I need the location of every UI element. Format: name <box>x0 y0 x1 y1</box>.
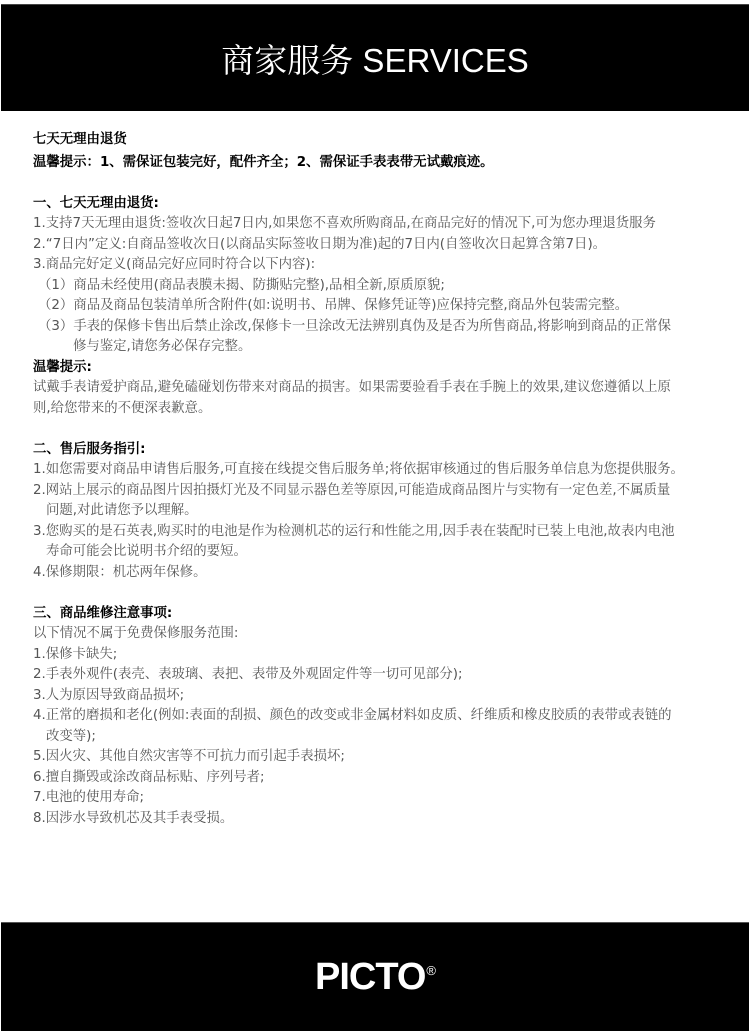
list-item: 1.如您需要对商品申请售后服务,可直接在线提交售后服务单;将依据审核通过的售后服… <box>33 460 723 481</box>
intro-tip: 温馨提示：1、需保证包装完好，配件齐全；2、需保证手表表带无试戴痕迹。 <box>33 153 723 174</box>
tip-text: 试戴手表请爱护商品,避免磕碰划伤带来对商品的损害。如果需要验看手表在手腕上的效果… <box>33 378 723 399</box>
sub-item: （1）商品未经使用(商品表膜未揭、防撕贴完整),品相全新,原质原貌; <box>33 276 723 297</box>
list-item: 2.网站上展示的商品图片因拍摄灯光及不同显示器色差等原因,可能造成商品图片与实物… <box>33 481 723 502</box>
list-item: 3.商品完好定义(商品完好应同时符合以下内容): <box>33 255 723 276</box>
list-item: 7.电池的使用寿命; <box>33 788 723 809</box>
list-item: 3.人为原因导致商品损坏; <box>33 686 723 707</box>
header-banner: 商家服务 SERVICES <box>1 4 749 111</box>
section-heading: 二、售后服务指引: <box>33 440 723 461</box>
sub-item-text: 手表的保修卡售出后禁止涂改,保修卡一旦涂改无法辨别真伪及是否为所售商品,将影响到… <box>73 319 671 334</box>
list-item-continuation: 寿命可能会比说明书介绍的要短。 <box>33 542 723 563</box>
registered-mark-icon: ® <box>426 963 435 978</box>
list-item: 4.正常的磨损和老化(例如:表面的刮损、颜色的改变或非金属材料如皮质、纤维质和橡… <box>33 706 723 727</box>
sub-item-number: （3） <box>38 319 73 334</box>
list-item-continuation: 问题,对此请您予以理解。 <box>33 501 723 522</box>
services-content: 七天无理由退货 温馨提示：1、需保证包装完好，配件齐全；2、需保证手表表带无试戴… <box>33 126 723 829</box>
section-heading: 三、商品维修注意事项: <box>33 604 723 625</box>
list-item: 2.“7日内”定义:自商品签收次日(以商品实际签收日期为准)起的7日内(自签收次… <box>33 235 723 256</box>
section-after-sales: 二、售后服务指引: 1.如您需要对商品申请售后服务,可直接在线提交售后服务单;将… <box>33 440 723 584</box>
sub-item-text: 商品及商品包装清单所含附件(如:说明书、吊牌、保修凭证等)应保持完整,商品外包装… <box>73 298 628 313</box>
list-item: 3.您购买的是石英表,购买时的电池是作为检测机芯的运行和性能之用,因手表在装配时… <box>33 522 723 543</box>
list-item: 2.手表外观件(表壳、表玻璃、表把、表带及外观固定件等一切可见部分); <box>33 665 723 686</box>
footer-banner: PICTO® <box>1 922 749 1031</box>
list-item: 1.支持7天无理由退货:签收次日起7日内,如果您不喜欢所购商品,在商品完好的情况… <box>33 214 723 235</box>
list-item: 8.因涉水导致机芯及其手表受损。 <box>33 809 723 830</box>
page-title: 商家服务 SERVICES <box>221 35 528 82</box>
intro-title: 七天无理由退货 <box>33 130 723 151</box>
tip-text: 则,给您带来的不便深表歉意。 <box>33 399 723 420</box>
list-item: 4.保修期限：机芯两年保修。 <box>33 563 723 584</box>
section-heading: 一、七天无理由退货: <box>33 194 723 215</box>
sub-item: （3）手表的保修卡售出后禁止涂改,保修卡一旦涂改无法辨别真伪及是否为所售商品,将… <box>33 317 723 338</box>
brand-logo: PICTO® <box>315 956 435 999</box>
list-item: 1.保修卡缺失; <box>33 645 723 666</box>
list-item: 5.因火灾、其他自然灾害等不可抗力而引起手表损坏; <box>33 747 723 768</box>
tip-heading: 温馨提示: <box>33 358 723 379</box>
brand-name: PICTO <box>315 956 425 998</box>
list-item-continuation: 改变等); <box>33 727 723 748</box>
sub-item-text: 商品未经使用(商品表膜未揭、防撕贴完整),品相全新,原质原貌; <box>73 278 445 293</box>
sub-item: （2）商品及商品包装清单所含附件(如:说明书、吊牌、保修凭证等)应保持完整,商品… <box>33 296 723 317</box>
section-repair-notes: 三、商品维修注意事项: 以下情况不属于免费保修服务范围: 1.保修卡缺失; 2.… <box>33 604 723 830</box>
sub-item-number: （1） <box>38 278 73 293</box>
sub-item-number: （2） <box>38 298 73 313</box>
list-item: 6.擅自撕毁或涂改商品标贴、序列号者; <box>33 768 723 789</box>
sub-item-continuation: 修与鉴定,请您务必保存完整。 <box>33 337 723 358</box>
section-return-policy: 一、七天无理由退货: 1.支持7天无理由退货:签收次日起7日内,如果您不喜欢所购… <box>33 194 723 420</box>
section-intro: 以下情况不属于免费保修服务范围: <box>33 624 723 645</box>
